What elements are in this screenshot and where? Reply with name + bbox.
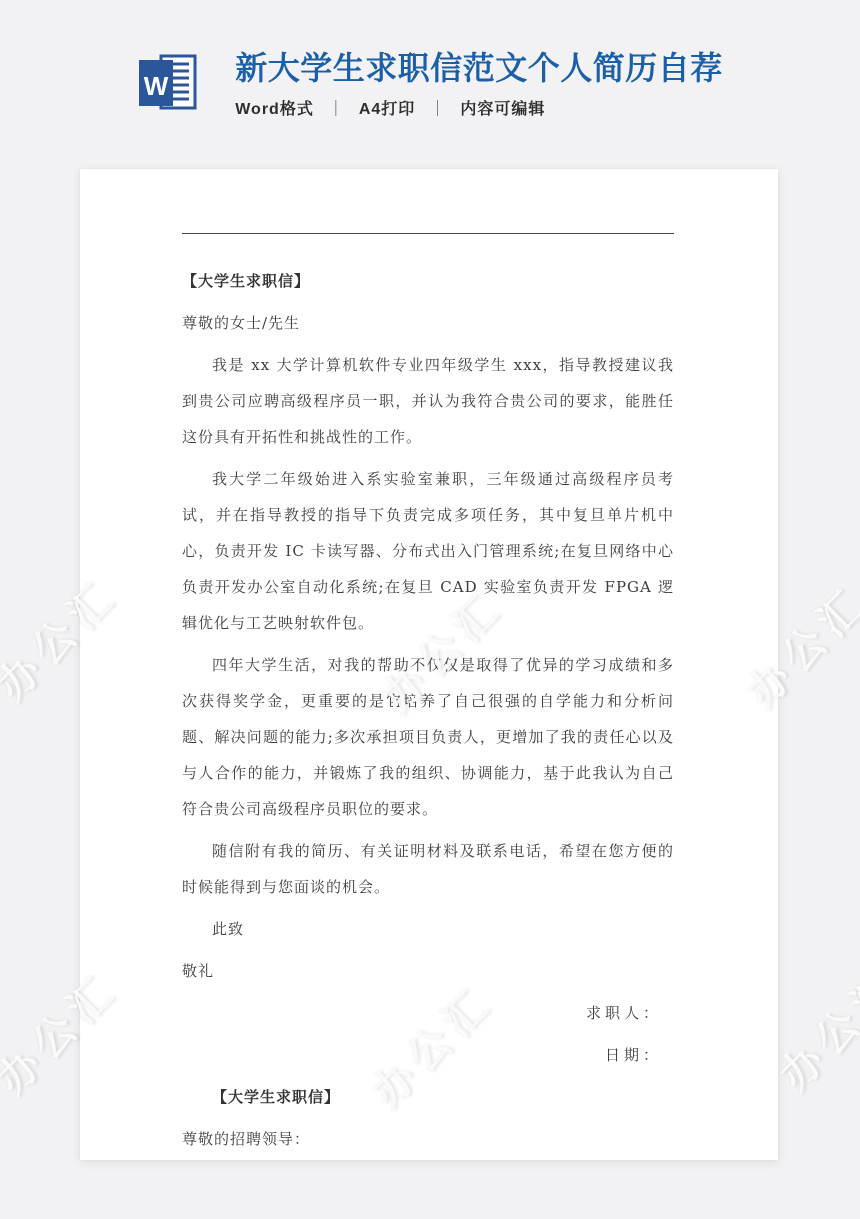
doc-paragraph: 我是 xx 大学计算机软件专业四年级学生 xxx，指导教授建议我到贵公司应聘高级… [182,347,674,455]
date-line: 日期： [182,1037,674,1073]
signature-line: 求职人： [182,995,674,1031]
page-title: 新大学生求职信范文个人简历自荐 [235,48,723,90]
document-top-rule [182,233,674,234]
section-heading: 【大学生求职信】 [182,263,674,299]
doc-paragraph: 我大学二年级始进入系实验室兼职，三年级通过高级程序员考试，并在指导教授的指导下负… [182,461,674,641]
salutation: 尊敬的招聘领导： [182,1121,674,1157]
print-badge: A4打印 [359,101,415,118]
format-badge: Word格式 [235,101,314,118]
closing-cizhi: 此致 [182,911,674,947]
document-page-preview: 【大学生求职信】 尊敬的女士/先生 我是 xx 大学计算机软件专业四年级学生 x… [80,169,778,1160]
svg-text:W: W [144,71,169,101]
closing-jingli: 敬礼 [182,953,674,989]
doc-paragraph: 随信附有我的简历、有关证明材料及联系电话，希望在您方便的时候能得到与您面谈的机会… [182,833,674,905]
subtitle-separator: ｜ [429,101,446,118]
salutation: 尊敬的女士/先生 [182,305,674,341]
doc-format-subtitle: Word格式｜A4打印｜内容可编辑 [235,96,723,119]
watermark-text: 办公汇 [764,954,860,1103]
header-text-block: 新大学生求职信范文个人简历自荐 Word格式｜A4打印｜内容可编辑 [235,48,723,119]
doc-paragraph: 四年大学生活，对我的帮助不仅仅是取得了优异的学习成绩和多次获得奖学金，更重要的是… [182,647,674,827]
document-body: 【大学生求职信】 尊敬的女士/先生 我是 xx 大学计算机软件专业四年级学生 x… [182,263,674,1157]
editable-badge: 内容可编辑 [460,101,545,118]
section-heading: 【大学生求职信】 [182,1079,674,1115]
word-logo-icon: W [137,54,199,112]
page-header: W 新大学生求职信范文个人简历自荐 Word格式｜A4打印｜内容可编辑 [0,48,860,119]
subtitle-separator: ｜ [328,101,345,118]
